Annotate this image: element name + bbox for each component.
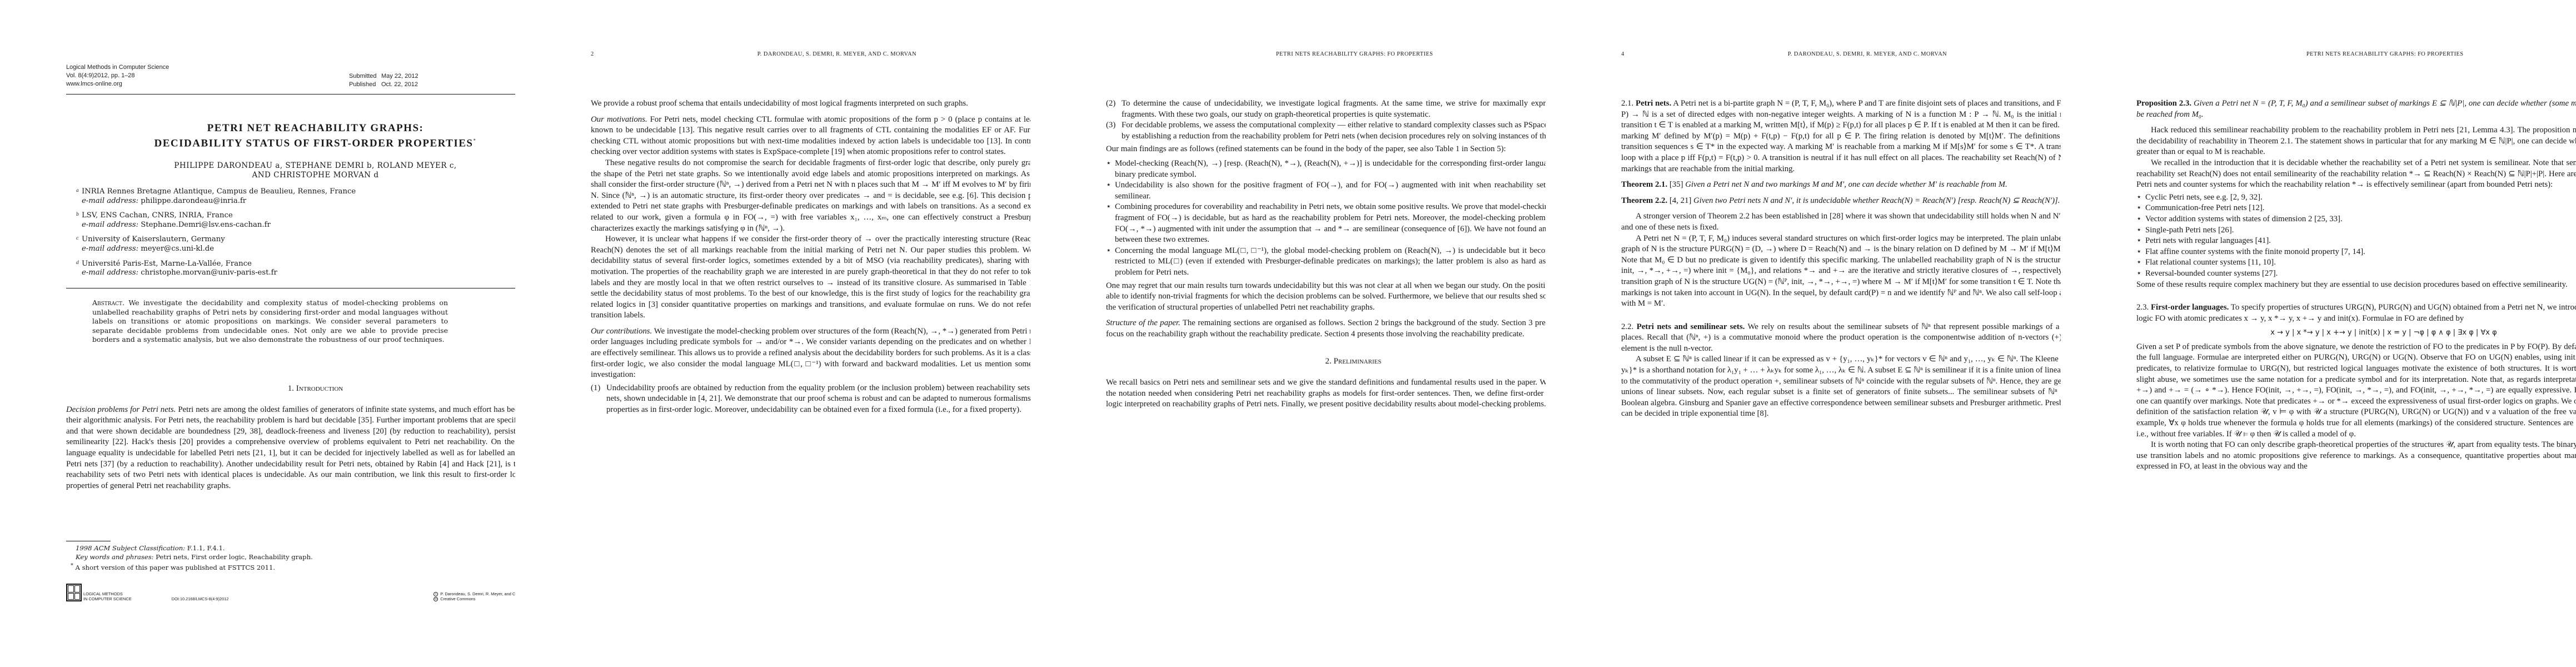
intro-paragraph: Petri nets are among the oldest families…	[66, 405, 565, 490]
abstract-rule	[66, 288, 565, 288]
paragraph: These negative results do not compromise…	[591, 158, 1085, 234]
contributions-list: (1)Undecidability proofs are obtained by…	[591, 383, 1085, 416]
publisher-line-1: LOGICAL METHODS	[83, 591, 132, 596]
affil-institution: LSV, ENS Cachan, CNRS, INRIA, France	[82, 211, 487, 221]
list-item: (2)To determine the cause of undecidabil…	[1106, 98, 1601, 120]
header-rule	[66, 94, 565, 94]
list-item: Vector addition systems with states of d…	[2136, 214, 2576, 225]
email-label: e-mail address:	[82, 197, 138, 205]
subsection-number: 2.3.	[2136, 303, 2149, 312]
footnote-rule	[66, 541, 111, 541]
theorem-label: Theorem 2.1.	[1621, 180, 1667, 189]
pdf-spread: Logical Methods in Computer Science Vol.…	[0, 0, 2576, 667]
affil-marker: b	[76, 210, 79, 220]
paragraph: Our main findings are as follows (refine…	[1106, 144, 1601, 155]
paragraph: It is worth noting that FO can only desc…	[2136, 440, 2576, 472]
email-link[interactable]: philippe.darondeau@inria.fr	[141, 197, 246, 205]
affiliation-c: c University of Kaiserslautern, Germany …	[76, 235, 487, 253]
paragraph: A Petri net N = (P, T, F, M₀) induces se…	[1621, 233, 2116, 310]
license-name[interactable]: Creative Commons	[440, 596, 475, 601]
keywords: Petri nets, First order logic, Reachabil…	[156, 553, 313, 561]
paragraph: Some of these results require complex ma…	[2136, 280, 2576, 291]
running-head-text: PETRI NETS REACHABILITY GRAPHS: FO PROPE…	[2142, 51, 2576, 57]
page-1: Logical Methods in Computer Science Vol.…	[0, 0, 515, 667]
affil-marker: d	[76, 258, 79, 268]
list-number: (2)	[1106, 98, 1115, 109]
page-2-body: We provide a robust proof schema that en…	[591, 98, 1085, 416]
submitted-label: Submitted	[349, 72, 376, 81]
email-link[interactable]: christophe.morvan@univ-paris-est.fr	[141, 268, 277, 277]
contributions-paragraph: We investigate the model-checking proble…	[591, 327, 1085, 379]
running-head: PETRI NETS REACHABILITY GRAPHS: FO PROPE…	[1106, 51, 1601, 57]
paragraph-lead: Structure of the paper.	[1106, 318, 1180, 327]
list-item: Concerning the modal language ML(□, □⁻¹)…	[1106, 246, 1601, 278]
journal-name: Logical Methods in Computer Science	[66, 63, 169, 72]
affiliations: a INRIA Rennes Bretagne Atlantique, Camp…	[76, 187, 487, 283]
short-version-note: A short version of this paper was publis…	[76, 564, 276, 571]
affiliation-b: b LSV, ENS Cachan, CNRS, INRIA, France e…	[76, 211, 487, 230]
subsection-title: Petri nets and semilinear sets.	[1637, 322, 1745, 331]
page-5-body: Proposition 2.3. Given a Petri net N = (…	[2136, 98, 2576, 472]
paragraph-lead: Decision problems for Petri nets.	[66, 405, 176, 414]
affil-institution: Université Paris-Est, Marne-La-Vallée, F…	[82, 260, 487, 269]
running-head-text: P. DARONDEAU, S. DEMRI, R. MEYER, AND C.…	[594, 51, 1080, 57]
journal-url[interactable]: www.lmcs-online.org	[66, 80, 169, 88]
list-item-text: For decidable problems, we assess the co…	[1122, 121, 1601, 141]
title-line-2: DECIDABILITY STATUS OF FIRST-ORDER PROPE…	[155, 137, 474, 149]
affiliation-a: a INRIA Rennes Bretagne Atlantique, Camp…	[76, 187, 487, 206]
running-head-text: PETRI NETS REACHABILITY GRAPHS: FO PROPE…	[1112, 51, 1597, 57]
proposition-statement: Given a Petri net N = (P, T, F, M₀) and …	[2136, 99, 2576, 119]
citation: [35]	[1670, 180, 1683, 189]
authors-line-1: PHILIPPE DARONDEAU a, STEPHANE DEMRI b, …	[66, 161, 565, 171]
copyright-icon: c	[434, 592, 438, 596]
motivations-paragraph: For Petri nets, model checking CTL formu…	[591, 115, 1085, 157]
list-item: Flat affine counter systems with the fin…	[2136, 247, 2576, 258]
contributions-list-continued: (2)To determine the cause of undecidabil…	[1106, 98, 1601, 142]
page-footer: LOGICAL METHODS IN COMPUTER SCIENCE DOI:…	[66, 584, 565, 601]
list-item-text: To determine the cause of undecidability…	[1122, 99, 1601, 119]
submitted-date: May 22, 2012	[381, 72, 418, 81]
list-item: Petri nets with regular languages [41].	[2136, 236, 2576, 247]
proposition-label: Proposition 2.3.	[2136, 99, 2191, 108]
footnotes: 1998 ACM Subject Classification: F.1.1, …	[66, 541, 565, 572]
title-line-1: PETRI NET REACHABILITY GRAPHS:	[66, 122, 565, 135]
authors-line-2: AND CHRISTOPHE MORVAN d	[66, 171, 565, 180]
list-number: (3)	[1106, 120, 1115, 131]
list-item: Model-checking (Reach(N), →) [resp. (Rea…	[1106, 158, 1601, 180]
subsection-title: First-order languages.	[2151, 303, 2229, 312]
list-item: (1)Undecidability proofs are obtained by…	[591, 383, 1085, 416]
publisher-name: LOGICAL METHODS IN COMPUTER SCIENCE	[83, 591, 132, 601]
keywords-label: Key words and phrases:	[76, 553, 153, 561]
lmcs-logo-icon	[66, 584, 82, 601]
submission-dates: SubmittedMay 22, 2012 PublishedOct. 22, …	[349, 72, 418, 89]
paper-title: PETRI NET REACHABILITY GRAPHS: DECIDABIL…	[66, 122, 565, 150]
publisher-line-2: IN COMPUTER SCIENCE	[83, 596, 132, 601]
journal-volume: Vol. 8(4:9)2012, pp. 1–28	[66, 72, 169, 80]
affil-institution: INRIA Rennes Bretagne Atlantique, Campus…	[82, 187, 487, 197]
subsection-number: 2.2.	[1621, 322, 1633, 331]
running-head: 2 P. DARONDEAU, S. DEMRI, R. MEYER, AND …	[591, 51, 1085, 57]
running-head-text: P. DARONDEAU, S. DEMRI, R. MEYER, AND C.…	[1625, 51, 2110, 57]
section-heading-introduction: 1. Introduction	[66, 384, 565, 395]
subsection-title: Petri nets.	[1636, 99, 1671, 108]
list-item: Reversal-bounded counter systems [27].	[2136, 268, 2576, 280]
list-item: Combining procedures for coverability an…	[1106, 202, 1601, 245]
footnote-mark: *	[71, 563, 73, 569]
page-2: 2 P. DARONDEAU, S. DEMRI, R. MEYER, AND …	[515, 0, 1030, 667]
fo-grammar-formula: x → y | x *→ y | x +→ y | init(x) | x = …	[2136, 327, 2576, 339]
acm-label: 1998 ACM Subject Classification:	[76, 544, 185, 552]
theorem-statement: Given a Petri net N and two markings M a…	[1685, 180, 2007, 189]
title-footnote-mark: *	[473, 138, 476, 143]
section-heading-preliminaries: 2. Preliminaries	[1106, 356, 1601, 367]
page-5: PETRI NETS REACHABILITY GRAPHS: FO PROPE…	[2061, 0, 2576, 667]
affil-marker: c	[76, 234, 78, 243]
theorem-label: Theorem 2.2.	[1621, 196, 1667, 205]
affiliation-d: d Université Paris-Est, Marne-La-Vallée,…	[76, 260, 487, 278]
email-label: e-mail address:	[82, 268, 138, 277]
paragraph: Hack reduced this semilinear reachabilit…	[2136, 125, 2576, 158]
citation: [4, 21]	[1670, 196, 1691, 205]
running-head: PETRI NETS REACHABILITY GRAPHS: FO PROPE…	[2136, 51, 2576, 57]
page-4: 4 P. DARONDEAU, S. DEMRI, R. MEYER, AND …	[1546, 0, 2061, 667]
page-4-body: 2.1. Petri nets. A Petri net is a bi-par…	[1621, 98, 2116, 420]
paragraph: We recalled in the introduction that it …	[2136, 158, 2576, 191]
page-3-body: (2)To determine the cause of undecidabil…	[1106, 98, 1601, 410]
list-number: (1)	[591, 383, 600, 394]
acm-classification: F.1.1, F.4.1.	[187, 544, 225, 552]
petri-nets-definition: A Petri net is a bi-partite graph N = (P…	[1621, 99, 2116, 173]
paragraph: A subset E ⊆ ℕⁿ is called linear if it c…	[1621, 354, 2116, 420]
published-label: Published	[349, 81, 376, 89]
abstract-label: Abstract.	[92, 298, 124, 307]
paragraph: One may regret that our main results tur…	[1106, 281, 1601, 313]
paragraph: A stronger version of Theorem 2.2 has be…	[1621, 211, 2116, 233]
findings-list: Model-checking (Reach(N), →) [resp. (Rea…	[1106, 158, 1601, 278]
list-item: Single-path Petri nets [26].	[2136, 225, 2576, 236]
email-link[interactable]: Stephane.Demri@lsv.ens-cachan.fr	[141, 221, 270, 229]
paragraph: We recall basics on Petri nets and semil…	[1106, 377, 1601, 410]
affil-marker: a	[76, 186, 79, 196]
subsection-number: 2.1.	[1621, 99, 1633, 108]
abstract: Abstract. We investigate the decidabilit…	[92, 298, 448, 345]
affil-institution: University of Kaiserslautern, Germany	[82, 235, 487, 245]
page-3: PETRI NETS REACHABILITY GRAPHS: FO PROPE…	[1030, 0, 1546, 667]
page-1-body: 1. Introduction Decision problems for Pe…	[66, 384, 565, 491]
doi-link[interactable]: DOI:10.2168/LMCS-8(4:9)2012	[172, 596, 229, 601]
published-date: Oct. 22, 2012	[381, 81, 418, 89]
paragraph-lead: Our motivations.	[591, 115, 647, 124]
semilinear-classes-list: Cyclic Petri nets, see e.g. [2, 9, 32]. …	[2136, 192, 2576, 280]
email-label: e-mail address:	[82, 221, 138, 229]
structure-paragraph: The remaining sections are organised as …	[1106, 318, 1601, 339]
running-head: 4 P. DARONDEAU, S. DEMRI, R. MEYER, AND …	[1621, 51, 2116, 57]
paragraph: However, it is unclear what happens if w…	[591, 234, 1085, 321]
creative-commons-icon: cc	[434, 597, 438, 601]
journal-info: Logical Methods in Computer Science Vol.…	[66, 63, 169, 88]
paragraph: Given a set P of predicate symbols from …	[2136, 342, 2576, 440]
author-list: PHILIPPE DARONDEAU a, STEPHANE DEMRI b, …	[66, 161, 565, 180]
paragraph-lead: Our contributions.	[591, 327, 652, 336]
list-item-text: Undecidability proofs are obtained by re…	[606, 384, 1085, 414]
list-item: Flat relational counter systems [11, 10]…	[2136, 257, 2576, 268]
list-item: Undecidability is also shown for the pos…	[1106, 180, 1601, 202]
abstract-text: We investigate the decidability and comp…	[92, 298, 448, 344]
email-label: e-mail address:	[82, 245, 138, 253]
email-link[interactable]: meyer@cs.uni-kl.de	[141, 245, 214, 253]
paragraph: We provide a robust proof schema that en…	[591, 98, 1085, 109]
list-item: (3)For decidable problems, we assess the…	[1106, 120, 1601, 142]
theorem-statement: Given two Petri nets N and N′, it is und…	[1693, 196, 2060, 205]
list-item: Communication-free Petri nets [12].	[2136, 203, 2576, 214]
list-item: Cyclic Petri nets, see e.g. [2, 9, 32].	[2136, 192, 2576, 203]
